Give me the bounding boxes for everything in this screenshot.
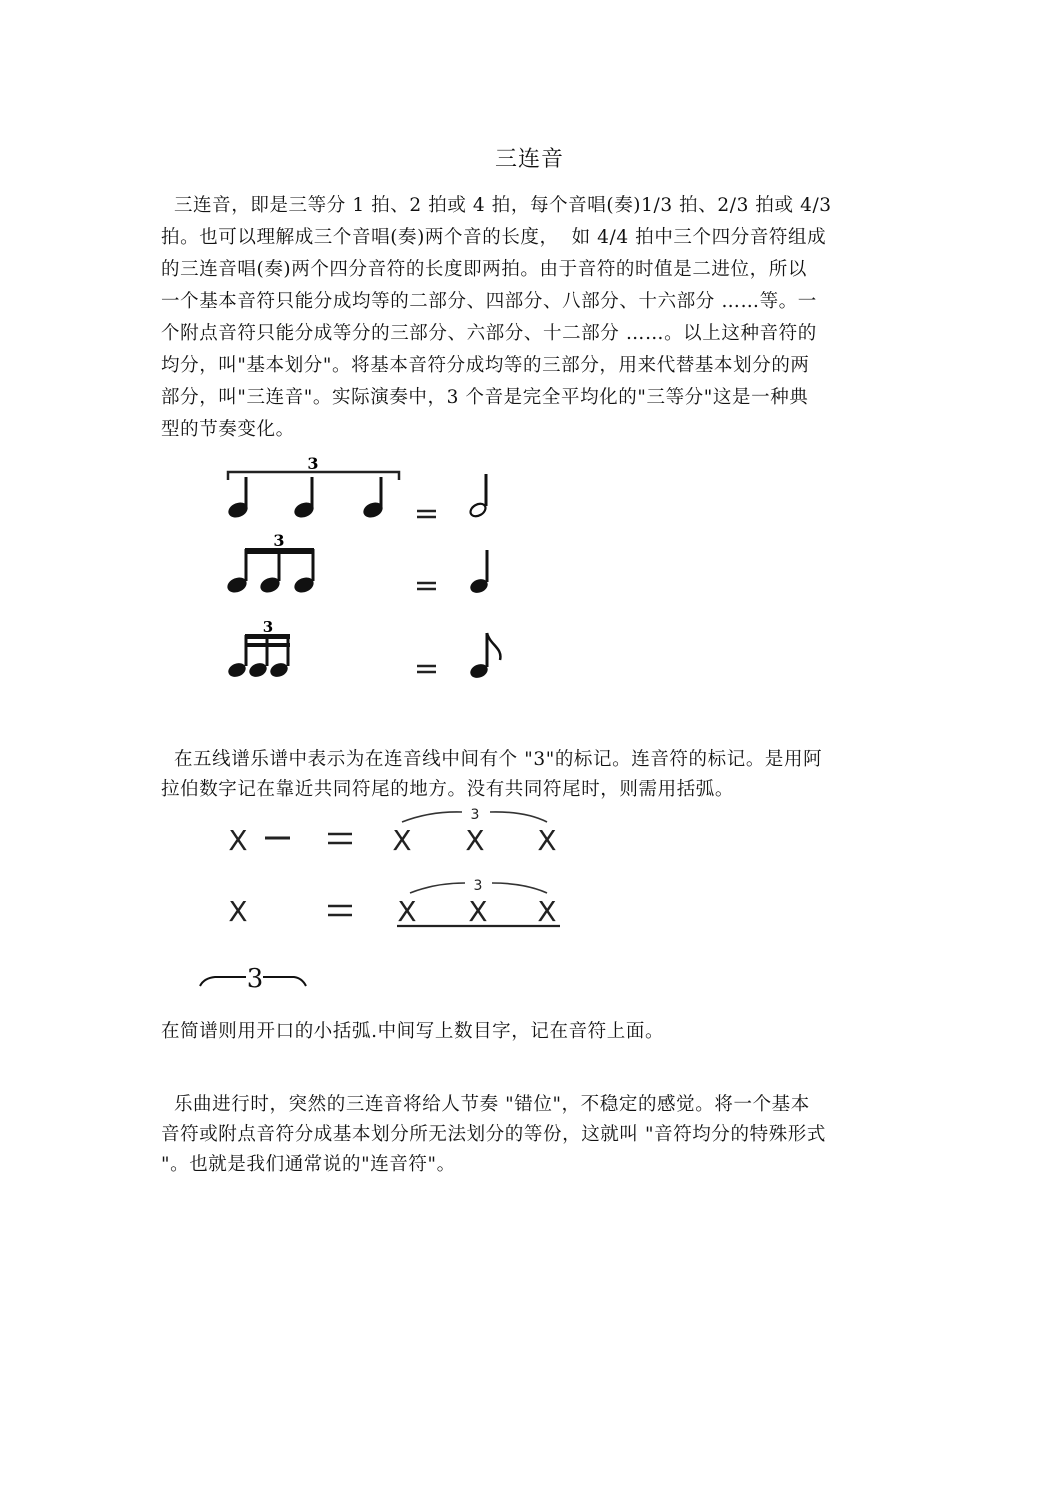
paragraph-1-line-1: 三连音，即是三等分 1 拍、2 拍或 4 拍，每个音唱(奏)1/3 拍、2/3 … [161,191,832,217]
paragraph-1-line-5: 个附点音符只能分成等分的三部分、六部分、十二部分 ……。以上这种音符的 [161,319,817,345]
paragraph-1-line-3: 的三连音唱(奏)两个四分音符的长度即两拍。由于音符的时值是二进位，所以 [161,255,807,281]
paragraph-4-line-1: 乐曲进行时，突然的三连音将给人节奏 "错位"，不稳定的感觉。将一个基本 [161,1090,810,1116]
paragraph-1-line-8: 型的节奏变化。 [161,415,295,441]
svg-text:3: 3 [273,531,284,550]
svg-text:3: 3 [471,807,480,823]
numbered-notation-triplet-figure: X X X X 3 X X X X 3 3 [190,805,580,1005]
document-page: 三连音 三连音，即是三等分 1 拍、2 拍或 4 拍，每个音唱(奏)1/3 拍、… [0,0,1059,1497]
paragraph-3-line-1: 在简谱则用开口的小括弧.中间写上数目字，记在音符上面。 [161,1017,664,1043]
svg-text:X: X [537,895,556,928]
sixteenth-note-triplet-row: 3 [226,618,500,680]
svg-text:X: X [465,824,484,857]
paragraph-4-line-3: "。也就是我们通常说的"连音符"。 [161,1150,456,1176]
paragraph-2-line-1: 在五线谱乐谱中表示为在连音线中间有个 "3"的标记。连音符的标记。是用阿 [161,745,822,771]
svg-text:3: 3 [247,964,264,994]
paragraph-2-line-2: 拉伯数字记在靠近共同符尾的地方。没有共同符尾时，则需用括弧。 [161,775,734,801]
row1-left-x: X [228,824,247,857]
svg-text:X: X [228,895,247,928]
paragraph-1-line-6: 均分，叫"基本划分"。将基本音符分成均等的三部分，用来代替基本划分的两 [161,351,810,377]
paragraph-4-line-2: 音符或附点音符分成基本划分所无法划分的等份，这就叫 "音符均分的特殊形式 [161,1120,826,1146]
eighth-note-triplet-row: 3 [225,531,490,595]
svg-text:3: 3 [307,454,318,473]
svg-text:3: 3 [263,618,273,636]
svg-text:3: 3 [474,878,483,894]
svg-text:X: X [537,824,556,857]
paragraph-1-line-7: 部分，叫"三连音"。实际演奏中，3 个音是完全平均化的"三等分"这是一种典 [161,383,808,409]
paragraph-1-line-4: 一个基本音符只能分成均等的二部分、四部分、八部分、十六部分 ……等。一 [161,287,817,313]
quarter-note-triplet-row: 3 [226,454,488,520]
open-bracket-3: 3 [200,964,306,994]
svg-text:X: X [468,895,487,928]
page-title: 三连音 [0,142,1059,173]
svg-text:X: X [392,824,411,857]
triplet-note-figure: 3 3 3 [200,450,520,690]
svg-text:X: X [397,895,416,928]
paragraph-1-line-2: 拍。也可以理解成三个音唱(奏)两个音的长度， 如 4/4 拍中三个四分音符组成 [161,223,826,249]
